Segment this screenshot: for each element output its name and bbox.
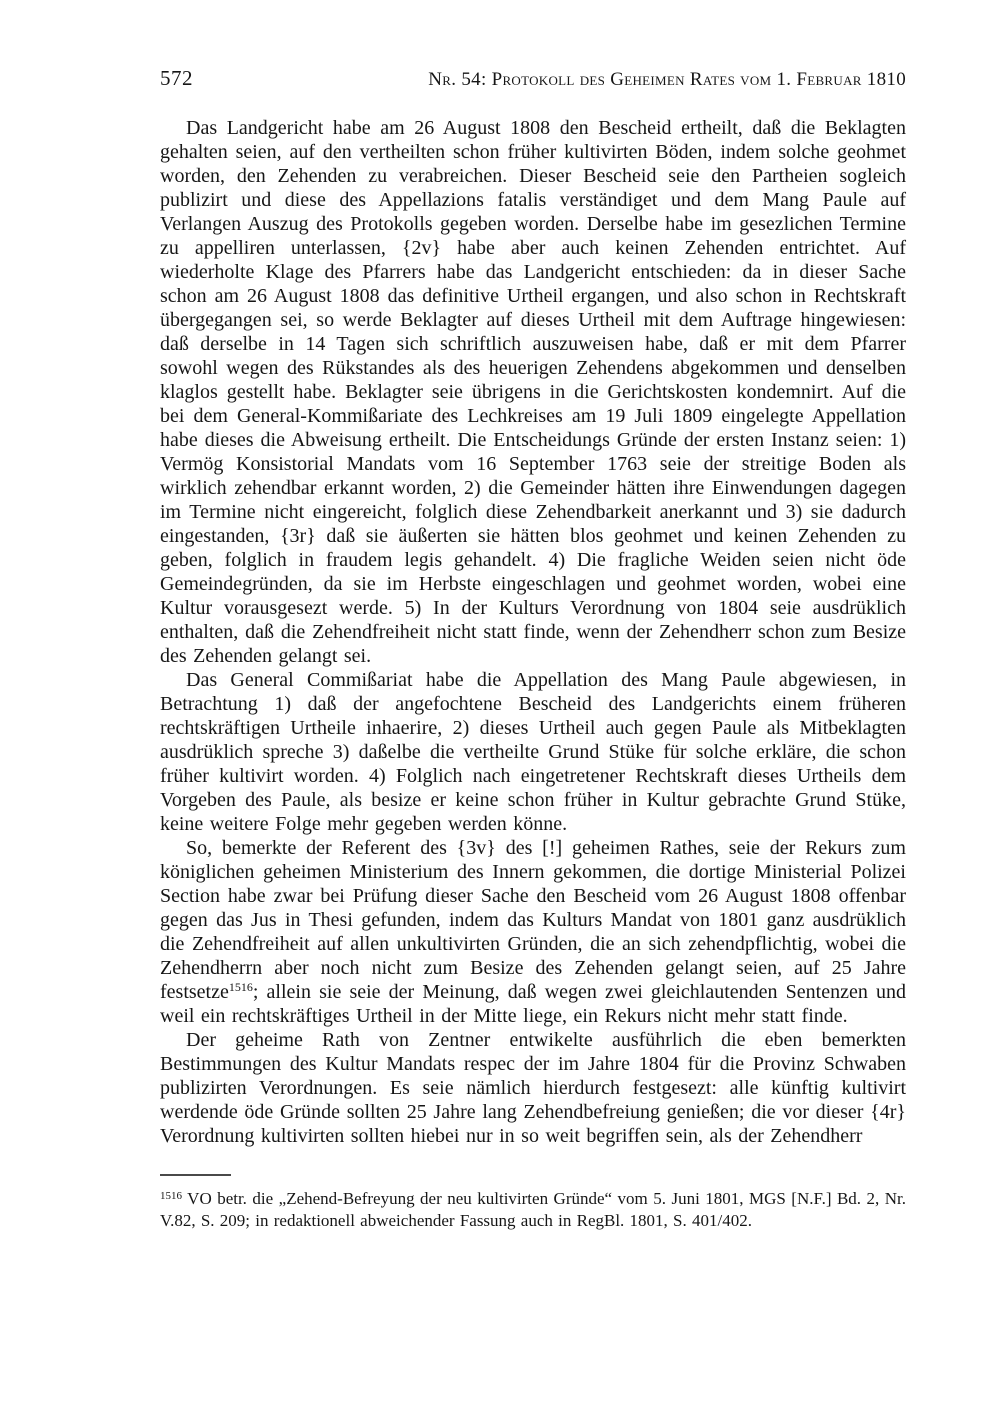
footnote-text: VO betr. die „Zehend-Befreyung der neu k… [160,1189,906,1230]
page-number: 572 [160,66,193,91]
paragraph-3-text-after-ref: ; allein sie seie der Meinung, daß wegen… [160,981,906,1027]
footnote-reference: 1516 [229,980,253,994]
page-header: 572 Nr. 54: Protokoll des Geheimen Rates… [160,66,906,91]
paragraph-2-text: Das General Commißariat habe die Appella… [160,669,906,835]
running-header: Nr. 54: Protokoll des Geheimen Rates vom… [428,69,906,91]
footnote-separator [160,1174,231,1176]
text-block: Das Landgericht habe am 26 August 1808 d… [160,116,906,1148]
paragraph-3: So, bemerkte der Referent des {3v} des [… [160,836,906,1028]
paragraph-4-text: Der geheime Rath von Zentner entwikelte … [160,1029,906,1147]
book-page: 572 Nr. 54: Protokoll des Geheimen Rates… [160,66,906,1232]
paragraph-1: Das Landgericht habe am 26 August 1808 d… [160,116,906,668]
footnote: 1516 VO betr. die „Zehend-Befreyung der … [160,1188,906,1232]
paragraph-4: Der geheime Rath von Zentner entwikelte … [160,1028,906,1148]
paragraph-1-text: Das Landgericht habe am 26 August 1808 d… [160,117,906,667]
footnote-marker: 1516 [160,1190,182,1202]
paragraph-3-text-before-ref: So, bemerkte der Referent des {3v} des [… [160,837,906,1003]
paragraph-2: Das General Commißariat habe die Appella… [160,668,906,836]
